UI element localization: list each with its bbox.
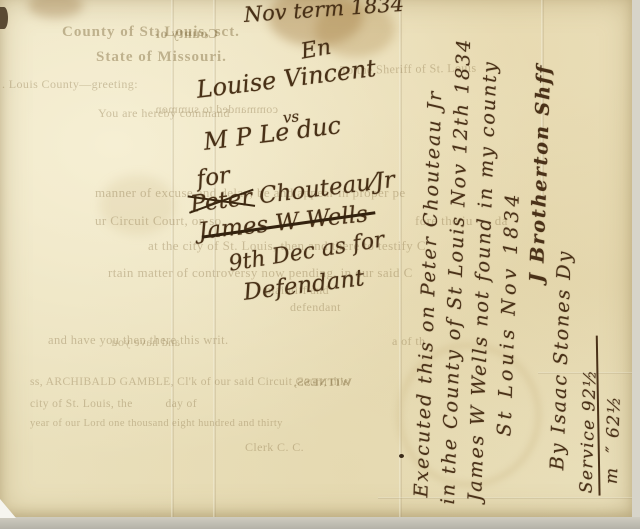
ink-dot: [399, 454, 404, 458]
scan-background-right: [632, 0, 640, 517]
ghost-line-clerk: Clerk C. C.: [245, 440, 304, 455]
ghost-line-year: year of our Lord one thousand eight hund…: [30, 418, 283, 429]
fold-crease-vertical: [171, 0, 174, 517]
scan-background-bottom: [0, 517, 640, 529]
ghost-line-day-of: city of St. Louis, the day of: [30, 398, 197, 410]
document-scan: County of St. Louis, sct. County of Stat…: [0, 0, 640, 529]
ghost-line-greeting: . Louis County—greeting:: [2, 77, 138, 92]
sheriff-return-block: Executed this on Peter Chouteau Jr in th…: [408, 3, 637, 510]
edge-ink-mark: [0, 7, 8, 29]
ghost-line-county-mirrored: County of: [155, 27, 218, 43]
ghost-line-witness-mirrored: WITNESS,: [294, 377, 353, 389]
ghost-line-writ-mirrored: and have you: [111, 335, 180, 350]
ghost-line-defendant: defendant: [290, 300, 341, 315]
party-suffix: ⁄Jr: [369, 167, 396, 196]
ghost-line-summon-mirrored: commanded to summon: [155, 102, 278, 117]
ghost-line-state: State of Missouri.: [96, 49, 227, 66]
